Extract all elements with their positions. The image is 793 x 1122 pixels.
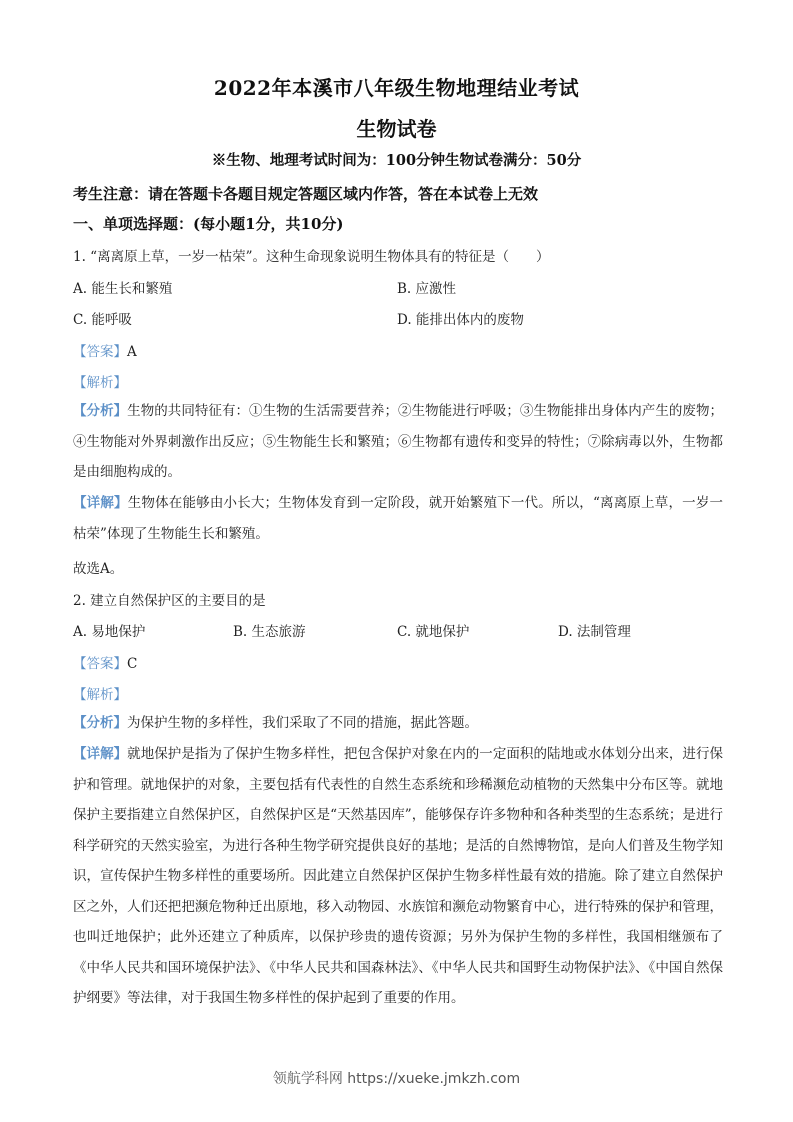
- detail-text: 就地保护是指为了保护生物多样性，把包含保护对象在内的一定面积的陆地或水体划分出来…: [73, 746, 723, 1006]
- analysis-text: 生物的共同特征有：①生物的生活需要营养；②生物能进行呼吸；③生物能排出身体内产生…: [73, 403, 723, 480]
- answer-value: C: [127, 656, 137, 672]
- question-2-option-a: A. 易地保护: [73, 620, 145, 640]
- question-1-option-b: B. 应激性: [397, 277, 456, 297]
- detail-label: 【详解】: [73, 746, 127, 762]
- detail-text: 生物体在能够由小长大；生物体发育到一定阶段，就开始繁殖下一代。所以，“离离原上草…: [73, 495, 723, 542]
- exam-info: ※生物、地理考试时间为：100分钟生物试卷满分：50分: [0, 149, 793, 170]
- analysis-text: 为保护生物的多样性，我们采取了不同的措施，据此答题。: [127, 715, 478, 731]
- question-1-analysis-header: 【解析】: [73, 371, 127, 391]
- question-2-answer: 【答案】C: [73, 652, 137, 672]
- answer-label: 【答案】: [73, 656, 127, 672]
- question-2-option-d: D. 法制管理: [558, 620, 631, 640]
- question-2-detail: 【详解】就地保护是指为了保护生物多样性，把包含保护对象在内的一定面积的陆地或水体…: [73, 739, 723, 1014]
- question-1-analysis: 【分析】生物的共同特征有：①生物的生活需要营养；②生物能进行呼吸；③生物能排出身…: [73, 396, 723, 488]
- exam-page: 2022年本溪市八年级生物地理结业考试 生物试卷 ※生物、地理考试时间为：100…: [0, 0, 793, 1122]
- question-1-stem: 1. “离离原上草，一岁一枯荣”。这种生命现象说明生物体具有的特征是（ ）: [73, 245, 549, 265]
- question-1-detail: 【详解】生物体在能够由小长大；生物体发育到一定阶段，就开始繁殖下一代。所以，“离…: [73, 488, 723, 549]
- section-heading: 一、单项选择题：(每小题1分，共10分): [73, 213, 344, 234]
- question-1-option-c: C. 能呼吸: [73, 308, 132, 328]
- question-1-answer: 【答案】A: [73, 340, 137, 360]
- detail-label: 【详解】: [73, 495, 128, 511]
- answer-value: A: [127, 344, 137, 360]
- question-2-option-b: B. 生态旅游: [233, 620, 306, 640]
- question-1-option-a: A. 能生长和繁殖: [73, 277, 172, 297]
- watermark-footer: 领航学科网 https://xueke.jmkzh.com: [0, 1068, 793, 1088]
- exam-title: 2022年本溪市八年级生物地理结业考试: [0, 72, 793, 101]
- candidate-notice: 考生注意：请在答题卡各题目规定答题区域内作答，答在本试卷上无效: [73, 183, 538, 204]
- question-2-stem: 2. 建立自然保护区的主要目的是: [73, 589, 266, 609]
- question-1-conclusion: 故选A。: [73, 557, 123, 577]
- answer-label: 【答案】: [73, 344, 127, 360]
- analysis-label: 【分析】: [73, 403, 127, 419]
- question-2-option-c: C. 就地保护: [397, 620, 469, 640]
- question-2-analysis: 【分析】为保护生物的多样性，我们采取了不同的措施，据此答题。: [73, 708, 723, 739]
- analysis-label: 【分析】: [73, 715, 127, 731]
- question-2-analysis-header: 【解析】: [73, 683, 127, 703]
- question-1-option-d: D. 能排出体内的废物: [397, 308, 524, 328]
- exam-subtitle: 生物试卷: [0, 113, 793, 142]
